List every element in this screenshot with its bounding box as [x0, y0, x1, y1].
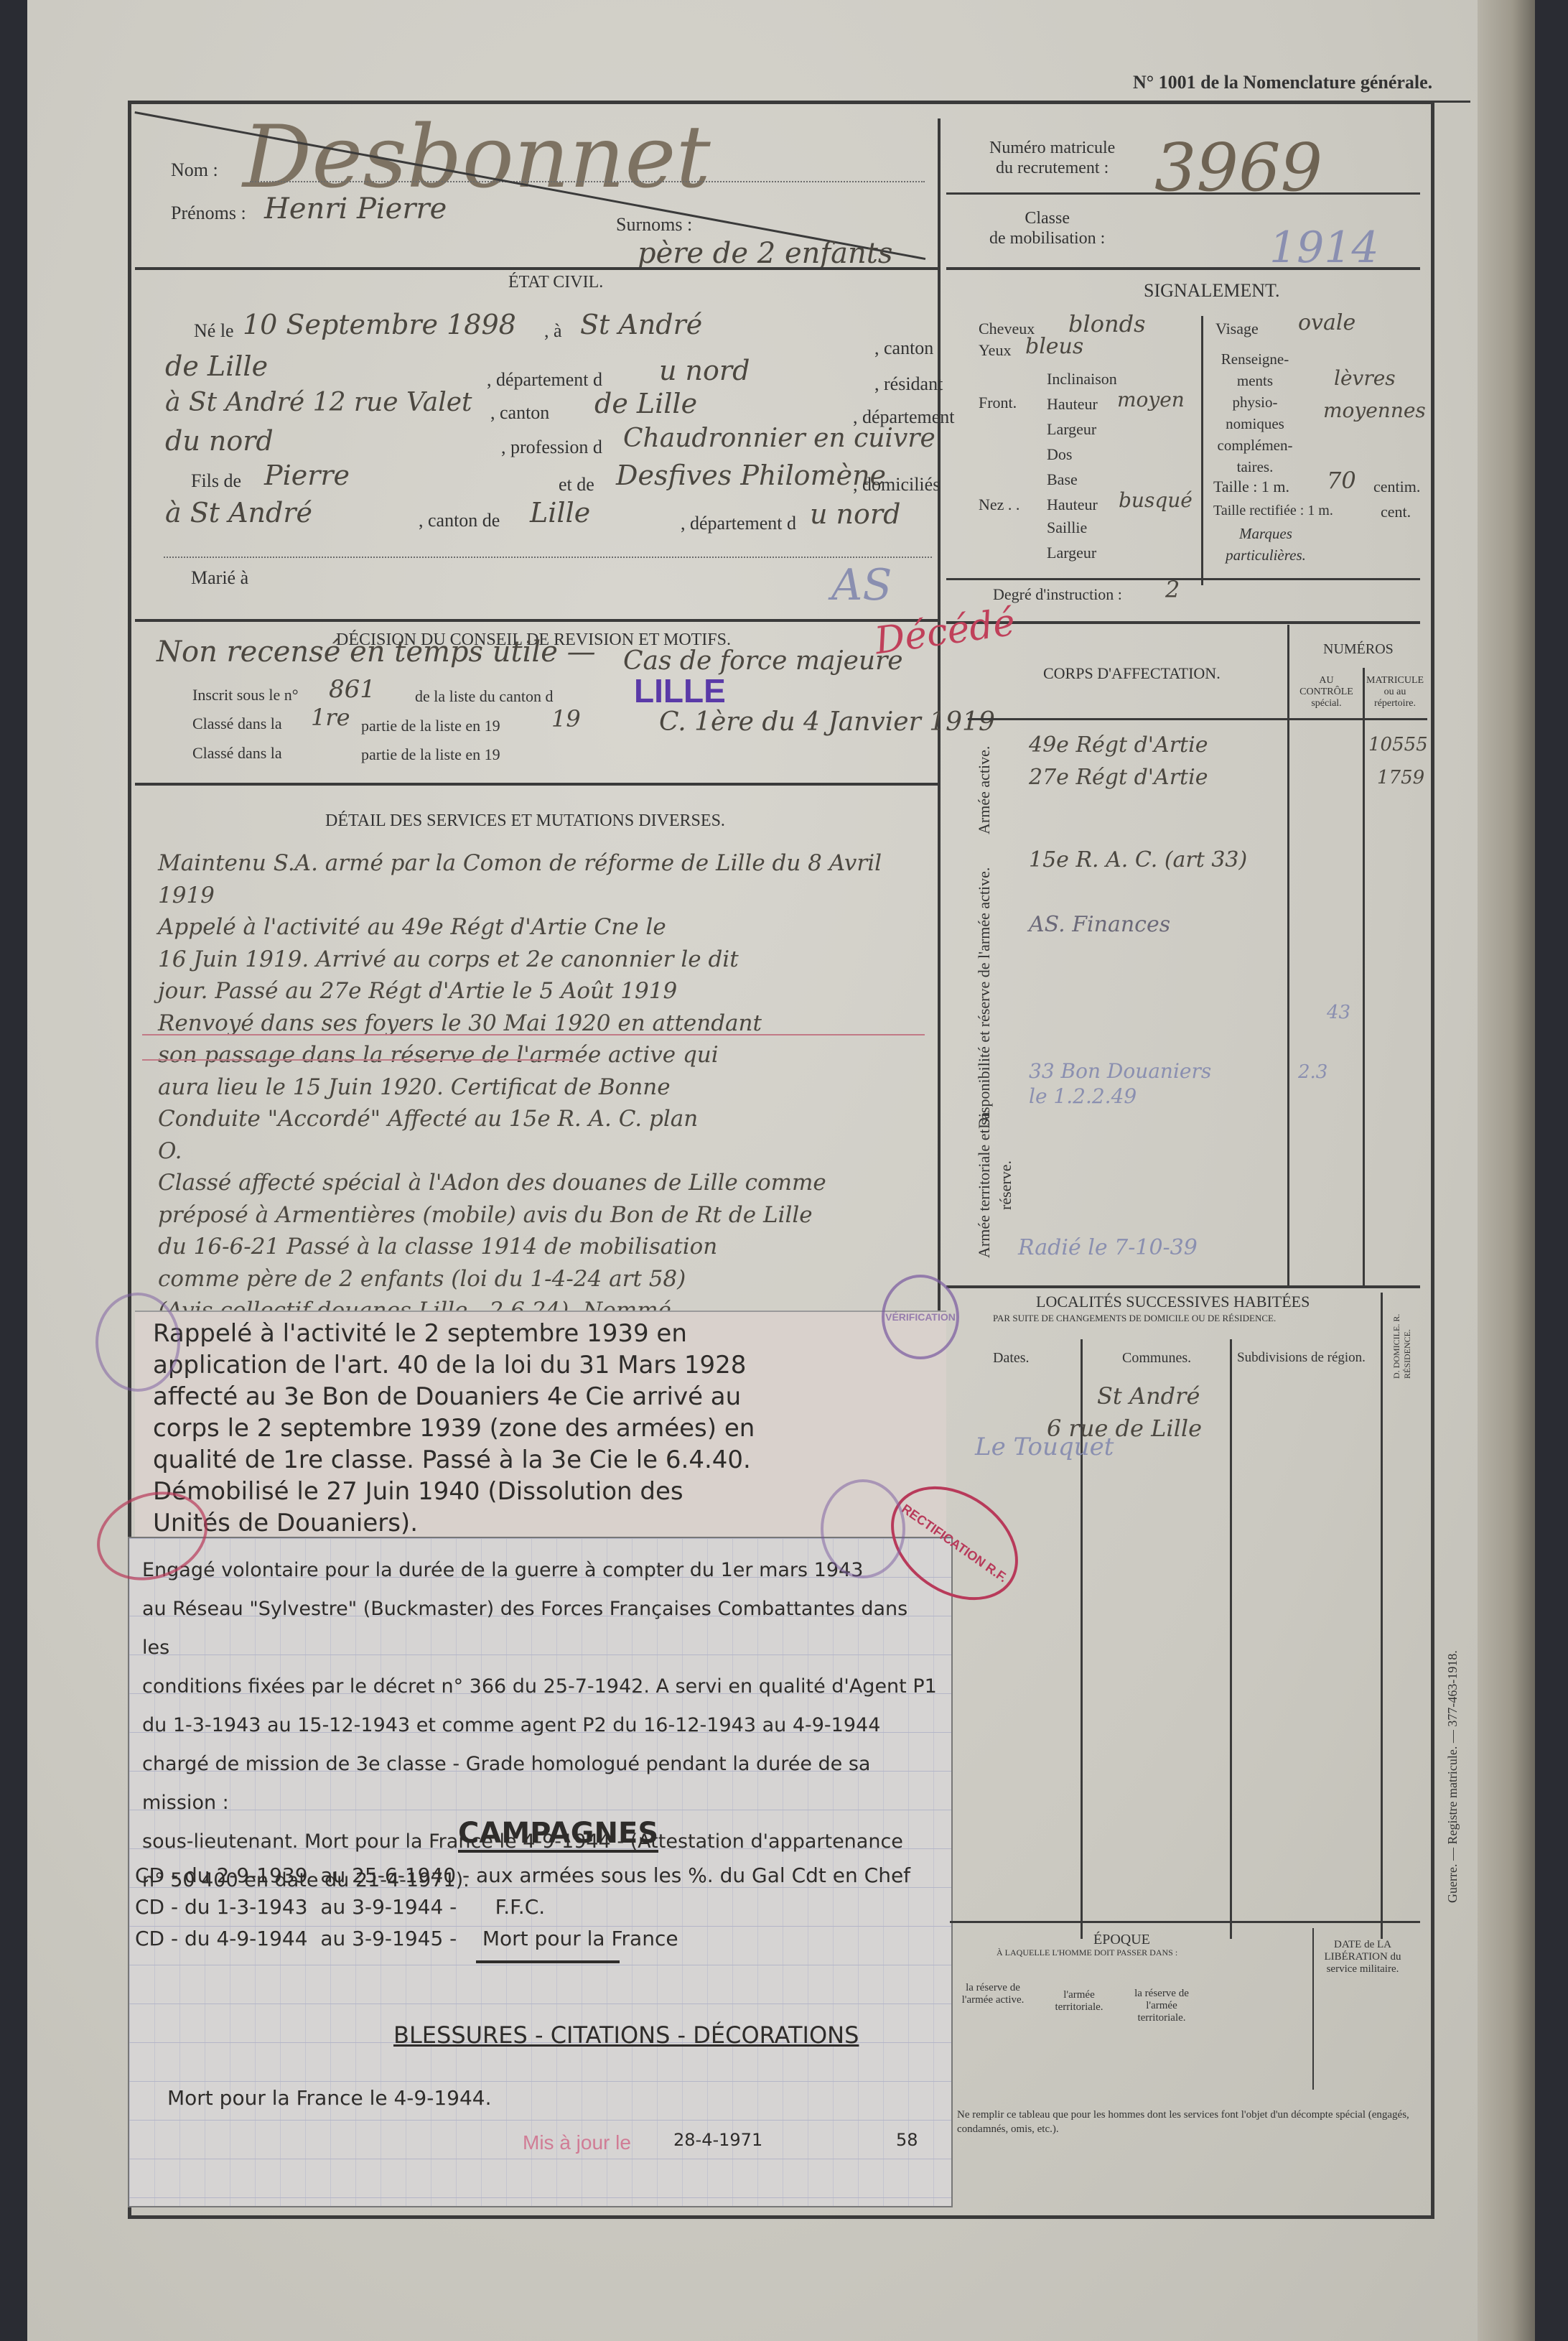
- services-text: Maintenu S.A. armé par la Comon de réfor…: [158, 847, 933, 1359]
- corps-row: 15e R. A. C. (art 33): [1029, 847, 1247, 872]
- campagne-note: Mort pour la France: [482, 1927, 678, 1950]
- taille-rect-label: Taille rectifiée : 1 m.: [1213, 503, 1333, 519]
- divider: [1312, 1928, 1314, 2090]
- divider: [946, 578, 1420, 580]
- engagement-line: du 1-3-1943 au 15-12-1943 et comme agent…: [142, 1706, 939, 1745]
- rappel-line: application de l'art. 40 de la loi du 31…: [153, 1349, 943, 1381]
- red-line: [142, 1034, 925, 1035]
- birth-date: 10 Septembre 1898: [243, 309, 516, 340]
- rappel-line: Démobilisé le 27 Juin 1940 (Dissolution …: [153, 1476, 943, 1507]
- divider: [946, 192, 1420, 195]
- decision-date: C. 1ère du 4 Janvier 1919: [659, 707, 995, 737]
- visage-value: ovale: [1298, 310, 1355, 335]
- marie-label: Marié à: [191, 567, 248, 589]
- taille-rect-unit: cent.: [1381, 503, 1411, 521]
- marques-label: Marques particulières.: [1219, 523, 1312, 566]
- service-line: Appelé à l'activité au 49e Régt d'Artie …: [158, 911, 933, 944]
- profession: Chaudronnier en cuivre: [623, 424, 935, 453]
- corps-row: 33 Bon Douaniers: [1029, 1059, 1211, 1083]
- ne-le-label: Né le: [194, 320, 234, 342]
- col-communes: Communes.: [1122, 1350, 1191, 1367]
- degre-value: 2: [1165, 576, 1180, 603]
- verification-stamp-mid: [821, 1479, 905, 1578]
- prenoms-label: Prénoms :: [171, 203, 246, 224]
- renseignements-value-2: moyennes: [1323, 399, 1426, 422]
- numeros-title: NUMÉROS: [1323, 641, 1394, 658]
- taille-value: 70: [1327, 467, 1356, 494]
- degre-label: Degré d'instruction :: [993, 585, 1122, 604]
- numero-label-1: Numéro matricule: [989, 138, 1115, 158]
- inscrit-label: Inscrit sous le n°: [192, 686, 299, 704]
- signalement-title: SIGNALEMENT.: [1144, 280, 1279, 302]
- matricule-label: Numéro matricule du recrutement :: [989, 138, 1115, 178]
- divider: [1287, 625, 1289, 1285]
- localite-commune: St André: [1097, 1382, 1200, 1410]
- side-print-mark: Guerre. — Registre matricule. — 377-463-…: [1445, 1508, 1460, 1903]
- classe2-label: Classé dans la: [192, 744, 282, 763]
- engagement-line: chargé de mission de 3e classe - Grade h…: [142, 1745, 939, 1823]
- divider: [946, 621, 1420, 624]
- birth-canton: de Lille: [165, 350, 268, 382]
- engagement-line: au Réseau "Sylvestre" (Buckmaster) des F…: [142, 1590, 939, 1667]
- decision-note: Non recensé en temps utile —: [157, 636, 596, 669]
- numero-label-2: du recrutement :: [989, 158, 1115, 178]
- divider: [968, 718, 1427, 720]
- engagement-line: Engagé volontaire pour la durée de la gu…: [142, 1551, 939, 1590]
- taille-unit: centim.: [1373, 478, 1420, 496]
- etat-civil-title: ÉTAT CIVIL.: [508, 273, 603, 292]
- residence-departement: du nord: [165, 425, 274, 457]
- page-edge: [1478, 0, 1535, 2341]
- mis-a-jour-suffix: 58: [896, 2130, 918, 2150]
- et-de-label: et de: [559, 474, 594, 495]
- canton-res-label: , canton: [490, 402, 549, 424]
- corps-controle: 2.3: [1298, 1061, 1327, 1083]
- front-inclinaison-label: Inclinaison: [1047, 370, 1117, 388]
- nez-base-label: Base: [1047, 470, 1078, 489]
- divider: [950, 1921, 1420, 1923]
- campagne-type: CD: [135, 1863, 164, 1887]
- surnoms-label: Surnoms :: [616, 214, 692, 236]
- service-line: préposé à Armentières (mobile) avis du B…: [158, 1199, 933, 1232]
- domicilies-label: , domiciliés: [853, 474, 940, 495]
- engagement-line: conditions fixées par le décret n° 366 d…: [142, 1667, 939, 1706]
- father-name: Pierre: [264, 460, 350, 491]
- campagne-from: du 1-3-1943: [185, 1895, 308, 1919]
- front-label: Front.: [979, 394, 1017, 412]
- blank-line: [164, 557, 932, 558]
- service-line: Classé affecté spécial à l'Adon des doua…: [158, 1167, 933, 1199]
- register-page: N° 1001 de la Nomenclature générale. Nom…: [27, 0, 1535, 2341]
- divider: [1201, 316, 1203, 585]
- divider: [1363, 668, 1365, 1285]
- campagne-type: CD: [135, 1927, 164, 1950]
- corps-matricule: 1759: [1377, 767, 1424, 788]
- classe-label-2: de mobilisation :: [989, 228, 1105, 248]
- a-label: , à: [544, 320, 562, 342]
- classe-mobilisation: 1914: [1269, 223, 1379, 273]
- departement-label: , département d: [487, 369, 602, 391]
- mother-name: Desfives Philomène: [616, 460, 886, 491]
- divider: [135, 267, 938, 270]
- divider: [946, 267, 1420, 270]
- renseignements-value-1: lèvres: [1334, 366, 1396, 390]
- parents-departement: u nord: [810, 498, 900, 530]
- classe1-suffix: partie de la liste en 19: [361, 717, 500, 735]
- localites-title: LOCALITÉS SUCCESSIVES HABITÉES: [1036, 1293, 1310, 1311]
- rappel-line: Rappelé à l'activité le 2 septembre 1939…: [153, 1318, 943, 1349]
- armee-active-label: Armée active.: [975, 725, 994, 855]
- residence: à St André 12 rue Valet: [165, 388, 472, 417]
- rappel-line: corps le 2 septembre 1939 (zone des armé…: [153, 1412, 943, 1444]
- divider: [135, 619, 938, 622]
- as-annotation: AS: [831, 560, 892, 610]
- verification-stamp-left: [95, 1293, 180, 1392]
- classe-label: Classe de mobilisation :: [989, 208, 1105, 248]
- nez-dos-label: Dos: [1047, 445, 1072, 464]
- prenoms-value: Henri Pierre: [264, 192, 447, 225]
- territoriale-label: Armée territoriale et sa réserve.: [974, 1092, 1017, 1278]
- blessures-entry: Mort pour la France le 4-9-1944.: [167, 2086, 492, 2110]
- residant-label: , résidant: [874, 373, 943, 395]
- verification-stamp: VÉRIFICATION: [882, 1275, 959, 1359]
- service-line: jour. Passé au 27e Régt d'Artie le 5 Aoû…: [158, 975, 933, 1007]
- corps-title: CORPS D'AFFECTATION.: [1043, 664, 1221, 683]
- residence-canton: de Lille: [594, 388, 697, 419]
- parents-domicile: à St André: [165, 497, 312, 529]
- nez-largeur-label: Largeur: [1047, 544, 1096, 562]
- classe1-value: 1re: [311, 704, 350, 731]
- col-controle: AU CONTRÔLE spécial.: [1292, 675, 1361, 709]
- campagne-from: du 4-9-1944: [185, 1927, 308, 1950]
- nom-label: Nom :: [171, 159, 218, 181]
- rappel-line: qualité de 1re classe. Passé à la 3e Cie…: [153, 1444, 943, 1476]
- classe1-year: 19: [551, 705, 581, 732]
- service-line: son passage dans la réserve de l'armée a…: [158, 1039, 933, 1071]
- corps-matricule: 10555: [1368, 734, 1428, 755]
- divider: [1230, 1339, 1232, 1939]
- nom-dots: [250, 181, 925, 182]
- profession-label: , profession d: [501, 437, 602, 458]
- campagne-from: du 2-9-1939: [185, 1863, 308, 1887]
- service-line: du 16-6-21 Passé à la classe 1914 de mob…: [158, 1231, 933, 1263]
- visage-label: Visage: [1215, 320, 1259, 338]
- epoque-note: Ne remplir ce tableau que pour les homme…: [957, 2108, 1417, 2136]
- services-title: DÉTAIL DES SERVICES ET MUTATIONS DIVERSE…: [325, 811, 725, 831]
- service-line: aura lieu le 15 Juin 1920. Certificat de…: [158, 1071, 933, 1104]
- front-largeur-label: Largeur: [1047, 420, 1096, 439]
- campagne-row: CD - du 4-9-1944 au 3-9-1945 - Mort pour…: [135, 1923, 939, 1955]
- campagne-note: - aux armées sous les %. du Gal Cdt en C…: [462, 1863, 910, 1887]
- inscrit-number: 861: [329, 675, 375, 704]
- campagne-type: CD: [135, 1895, 164, 1919]
- col-dates: Dates.: [993, 1350, 1030, 1367]
- canton-label: , canton: [874, 338, 933, 359]
- campagnes-title: CAMPAGNES: [458, 1817, 658, 1853]
- blessures-title: BLESSURES - CITATIONS - DÉCORATIONS: [393, 2021, 859, 2049]
- epoque-col-liberation: DATE de LA LIBÉRATION du service militai…: [1316, 1939, 1409, 1975]
- fils-de-label: Fils de: [191, 470, 241, 492]
- red-line: [142, 1059, 573, 1061]
- service-line: 16 Juin 1919. Arrivé au corps et 2e cano…: [158, 944, 933, 976]
- corps-row: Radié le 7-10-39: [1018, 1235, 1198, 1260]
- front-hauteur-label: Hauteur: [1047, 395, 1098, 414]
- service-line: Conduite "Accordé" Affecté au 15e R. A. …: [158, 1103, 933, 1135]
- renseignements-label: Renseigne-ments physio-nomiques compléme…: [1215, 348, 1294, 478]
- col-matricule: MATRICULE ou au répertoire.: [1366, 675, 1424, 709]
- rappel-line: affecté au 3e Bon de Douaniers 4e Cie ar…: [153, 1381, 943, 1412]
- campagne-row: CD - du 1-3-1943 au 3-9-1944 - F.F.C.: [135, 1891, 939, 1923]
- lille-stamp: LILLE: [634, 671, 726, 710]
- nez-hauteur-label: Hauteur: [1047, 495, 1098, 514]
- corps-row: AS. Finances: [1029, 912, 1170, 937]
- front-hauteur-value: moyen: [1117, 388, 1185, 411]
- nez-label: Nez . .: [979, 495, 1019, 514]
- nez-hauteur-value: busqué: [1119, 488, 1193, 512]
- divider: [1381, 1293, 1383, 1939]
- taille-label: Taille : 1 m.: [1213, 478, 1289, 496]
- classe2-suffix: partie de la liste en 19: [361, 745, 500, 764]
- parents-canton: Lille: [530, 497, 590, 529]
- classe1-label: Classé dans la: [192, 715, 282, 733]
- classe-label-1: Classe: [989, 208, 1105, 228]
- corps-row: le 1.2.2.49: [1029, 1084, 1137, 1108]
- mis-a-jour-date: 28-4-1971: [673, 2130, 762, 2150]
- campagnes-list: CD - du 2-9-1939 au 25-6-1940 - aux armé…: [135, 1860, 939, 1955]
- campagne-to: au 25-6-1940: [320, 1863, 456, 1887]
- corps-row: 27e Régt d'Artie: [1029, 765, 1208, 790]
- yeux-value: bleus: [1025, 334, 1083, 359]
- surnoms-value: père de 2 enfants: [638, 237, 892, 270]
- mis-a-jour-label: Mis à jour le: [523, 2131, 631, 2154]
- service-line: comme père de 2 enfants (loi du 1-4-24 a…: [158, 1263, 933, 1295]
- divider: [946, 1285, 1420, 1288]
- yeux-label: Yeux: [979, 341, 1011, 360]
- liste-canton-label: de la liste du canton d: [415, 687, 553, 706]
- localites-subtitle: PAR SUITE DE CHANGEMENTS DE DOMICILE OU …: [993, 1313, 1276, 1324]
- campagne-to: au 3-9-1944 -: [320, 1895, 457, 1919]
- epoque-subtitle: À LAQUELLE L'HOMME DOIT PASSER DANS :: [997, 1947, 1177, 1958]
- rappel-text: Rappelé à l'activité le 2 septembre 1939…: [153, 1318, 943, 1539]
- divider: [135, 783, 938, 786]
- divider: [476, 1960, 620, 1963]
- canton-dom-label: , canton de: [419, 510, 500, 531]
- epoque-title: ÉPOQUE: [1093, 1932, 1150, 1948]
- departement-dom-label: , département d: [681, 513, 796, 534]
- corps-row: 49e Régt d'Artie: [1029, 732, 1208, 758]
- epoque-col-reserve-active: la réserve de l'armée active.: [953, 1982, 1032, 2006]
- col-domicile-residence: D. DOMICILE. R. RÉSIDENCE.: [1391, 1300, 1413, 1379]
- service-line: O.: [158, 1135, 933, 1168]
- campagne-row: CD - du 2-9-1939 au 25-6-1940 - aux armé…: [135, 1860, 939, 1891]
- col-subdivisions: Subdivisions de région.: [1237, 1350, 1366, 1366]
- epoque-col-reserve-territoriale: la réserve de l'armée territoriale.: [1122, 1988, 1201, 2024]
- localite-commune: Le Touquet: [975, 1433, 1114, 1461]
- nomenclature-number: N° 1001 de la Nomenclature générale.: [1133, 72, 1432, 93]
- epoque-col-territoriale: l'armée territoriale.: [1040, 1989, 1119, 2014]
- corps-matricule: 43: [1327, 1002, 1350, 1023]
- birth-place: St André: [580, 309, 702, 340]
- campagne-note: F.F.C.: [495, 1895, 545, 1919]
- nez-saillie-label: Saillie: [1047, 518, 1087, 537]
- birth-departement: u nord: [659, 355, 750, 386]
- campagne-to: au 3-9-1945 -: [320, 1927, 457, 1950]
- service-line: Maintenu S.A. armé par la Comon de réfor…: [158, 847, 933, 911]
